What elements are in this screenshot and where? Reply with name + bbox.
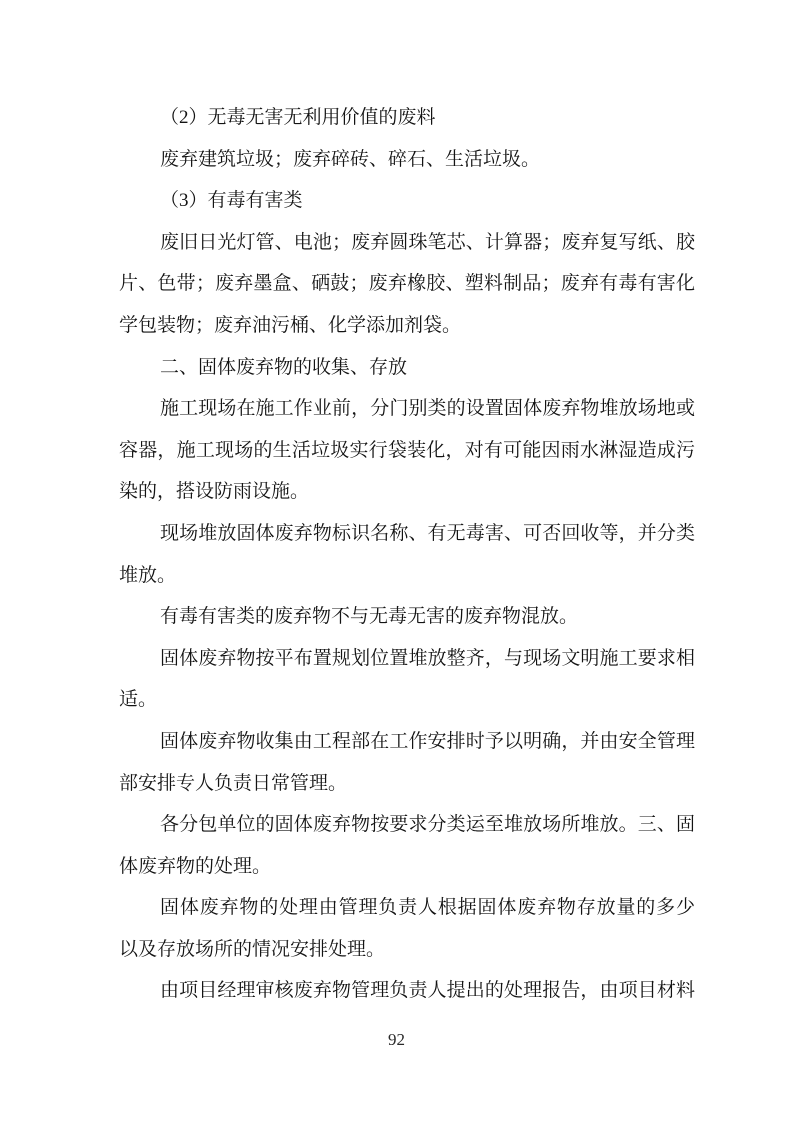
text-line: （3）有毒有害类 (119, 180, 695, 222)
text-line: 现场堆放固体废弃物标识名称、有无毒害、可否回收等，并分类 (119, 513, 695, 555)
text-line: 堆放。 (119, 555, 695, 597)
document-body: （2）无毒无害无利用价值的废料废弃建筑垃圾；废弃碎砖、碎石、生活垃圾。（3）有毒… (119, 97, 695, 1012)
text-line: 各分包单位的固体废弃物按要求分类运至堆放场所堆放。三、固 (119, 804, 695, 846)
text-line: （2）无毒无害无利用价值的废料 (119, 97, 695, 139)
text-line: 施工现场在施工作业前，分门别类的设置固体废弃物堆放场地或 (119, 388, 695, 430)
text-line: 由项目经理审核废弃物管理负责人提出的处理报告，由项目材料 (119, 970, 695, 1012)
text-line: 二、固体废弃物的收集、存放 (119, 347, 695, 389)
text-line: 以及存放场所的情况安排处理。 (119, 929, 695, 971)
page-number: 92 (0, 1028, 793, 1052)
text-line: 部安排专人负责日常管理。 (119, 763, 695, 805)
text-line: 有毒有害类的废弃物不与无毒无害的废弃物混放。 (119, 596, 695, 638)
document-page: （2）无毒无害无利用价值的废料废弃建筑垃圾；废弃碎砖、碎石、生活垃圾。（3）有毒… (0, 0, 793, 1122)
text-line: 体废弃物的处理。 (119, 846, 695, 888)
text-line: 容器，施工现场的生活垃圾实行袋装化，对有可能因雨水淋湿造成污 (119, 430, 695, 472)
text-line: 废弃建筑垃圾；废弃碎砖、碎石、生活垃圾。 (119, 139, 695, 181)
text-line: 适。 (119, 679, 695, 721)
text-line: 废旧日光灯管、电池；废弃圆珠笔芯、计算器；废弃复写纸、胶 (119, 222, 695, 264)
text-line: 固体废弃物的处理由管理负责人根据固体废弃物存放量的多少 (119, 887, 695, 929)
text-line: 固体废弃物收集由工程部在工作安排时予以明确，并由安全管理 (119, 721, 695, 763)
text-line: 固体废弃物按平布置规划位置堆放整齐，与现场文明施工要求相 (119, 638, 695, 680)
text-line: 学包装物；废弃油污桶、化学添加剂袋。 (119, 305, 695, 347)
text-line: 片、色带；废弃墨盒、硒鼓；废弃橡胶、塑料制品；废弃有毒有害化 (119, 263, 695, 305)
text-line: 染的，搭设防雨设施。 (119, 471, 695, 513)
